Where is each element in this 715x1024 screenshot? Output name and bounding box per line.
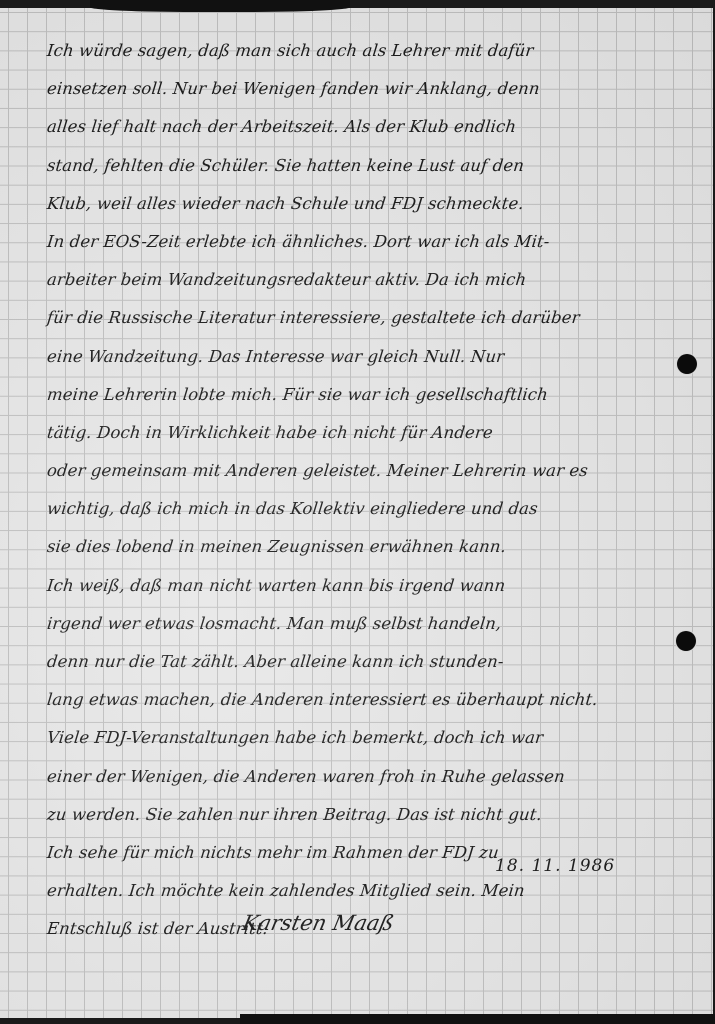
- letter-line: denn nur die Tat zählt. Aber alleine kan…: [45, 643, 689, 681]
- letter-line: oder gemeinsam mit Anderen geleistet. Me…: [45, 452, 689, 490]
- letter-line: wichtig, daß ich mich in das Kollektiv e…: [45, 490, 689, 528]
- letter-line: Viele FDJ-Veranstaltungen habe ich bemer…: [45, 719, 689, 757]
- letter-line: In der EOS-Zeit erlebte ich ähnliches. D…: [45, 223, 689, 261]
- letter-line: eine Wandzeitung. Das Interesse war glei…: [45, 338, 689, 376]
- punch-hole-icon: [676, 631, 696, 651]
- letter-line: Ich weiß, daß man nicht warten kann bis …: [45, 567, 689, 605]
- letter-line: erhalten. Ich möchte kein zahlendes Mitg…: [45, 872, 689, 910]
- letter-body: Ich würde sagen, daß man sich auch als L…: [45, 32, 685, 949]
- letter-line: zu werden. Sie zahlen nur ihren Beitrag.…: [45, 796, 689, 834]
- signature: Karsten Maaß: [240, 911, 396, 935]
- letter-line: lang etwas machen, die Anderen interessi…: [45, 681, 689, 719]
- letter-line: einsetzen soll. Nur bei Wenigen fanden w…: [45, 70, 689, 108]
- letter-line: Klub, weil alles wieder nach Schule und …: [45, 185, 689, 223]
- punch-hole-icon: [677, 354, 697, 374]
- letter-line: für die Russische Literatur interessiere…: [45, 299, 689, 337]
- letter-line: arbeiter beim Wandzeitungsredakteur akti…: [45, 261, 689, 299]
- letter-line: meine Lehrerin lobte mich. Für sie war i…: [45, 376, 689, 414]
- letter-date: 18. 11. 1986: [495, 856, 615, 876]
- letter-line: tätig. Doch in Wirklichkeit habe ich nic…: [45, 414, 689, 452]
- letter-line: Ich würde sagen, daß man sich auch als L…: [45, 32, 689, 70]
- letter-line: einer der Wenigen, die Anderen waren fro…: [45, 758, 689, 796]
- scan-shadow-bottom: [240, 1014, 715, 1024]
- letter-line: irgend wer etwas losmacht. Man muß selbs…: [45, 605, 689, 643]
- scan-shadow-top: [90, 0, 350, 12]
- letter-line: alles lief halt nach der Arbeitszeit. Al…: [45, 108, 689, 146]
- letter-line: sie dies lobend in meinen Zeugnissen erw…: [45, 528, 689, 566]
- letter-line: stand, fehlten die Schüler. Sie hatten k…: [45, 147, 689, 185]
- squared-paper-sheet: Ich würde sagen, daß man sich auch als L…: [0, 8, 713, 1018]
